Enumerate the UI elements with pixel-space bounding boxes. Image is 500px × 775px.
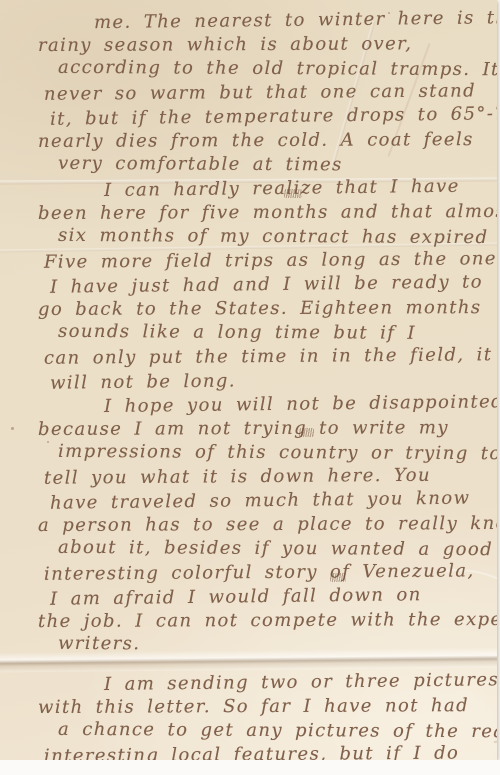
letter-line: writers. (58, 632, 493, 658)
letter-line: me. The nearest to winter here is the (50, 6, 493, 35)
letter-line: six months of my contract has expired (58, 224, 493, 250)
letter-body: me. The nearest to winter here is the ra… (0, 0, 497, 760)
letter-page: me. The nearest to winter here is the ra… (0, 0, 497, 760)
letter-line: interesting local features, but if I do (44, 741, 493, 760)
letter-line: impressions of this country or trying to (58, 440, 493, 466)
letter-line: it, but if the temperature drops to 65°-… (50, 102, 493, 131)
letter-line: with this letter. So far I have not had (38, 694, 493, 720)
letter-line: a chance to get any pictures of the real… (58, 718, 493, 744)
letter-line: go back to the States. Eighteen months (38, 296, 493, 322)
letter-line: I am sending two or three pictures (50, 668, 493, 697)
letter-line: I have just had and I will be ready to (50, 270, 493, 299)
paragraph: I can hardly realize that I have been he… (28, 177, 493, 393)
letter-photo: me. The nearest to winter here is the ra… (0, 0, 500, 775)
letter-line: about it, besides if you wanted a good (58, 536, 493, 562)
letter-line: because I am not trying to write my (38, 416, 493, 442)
letter-line: I can hardly realize that I have (50, 174, 493, 203)
letter-line: sounds like a long time but if I (58, 320, 493, 346)
letter-line: I am afraid I would fall down on (50, 582, 493, 611)
paragraph: I am sending two or three pictures with … (28, 671, 493, 760)
paragraph-continuation: me. The nearest to winter here is the ra… (28, 9, 493, 177)
photo-backdrop (0, 760, 500, 775)
letter-line: according to the old tropical tramps. It… (58, 56, 493, 82)
letter-line: the job. I can not compete with the expe… (38, 608, 493, 634)
letter-line: I hope you will not be disappointed (50, 390, 493, 419)
letter-line: been here for five months and that almos… (38, 200, 493, 226)
letter-line: have traveled so much that you know (50, 486, 493, 515)
letter-line: rainy season which is about over, (38, 32, 493, 58)
paragraph: I hope you will not be disappointed beca… (28, 393, 493, 657)
letter-line: a person has to see a place to really kn… (38, 512, 493, 538)
letter-line: nearly dies from the cold. A coat feels (38, 128, 493, 154)
